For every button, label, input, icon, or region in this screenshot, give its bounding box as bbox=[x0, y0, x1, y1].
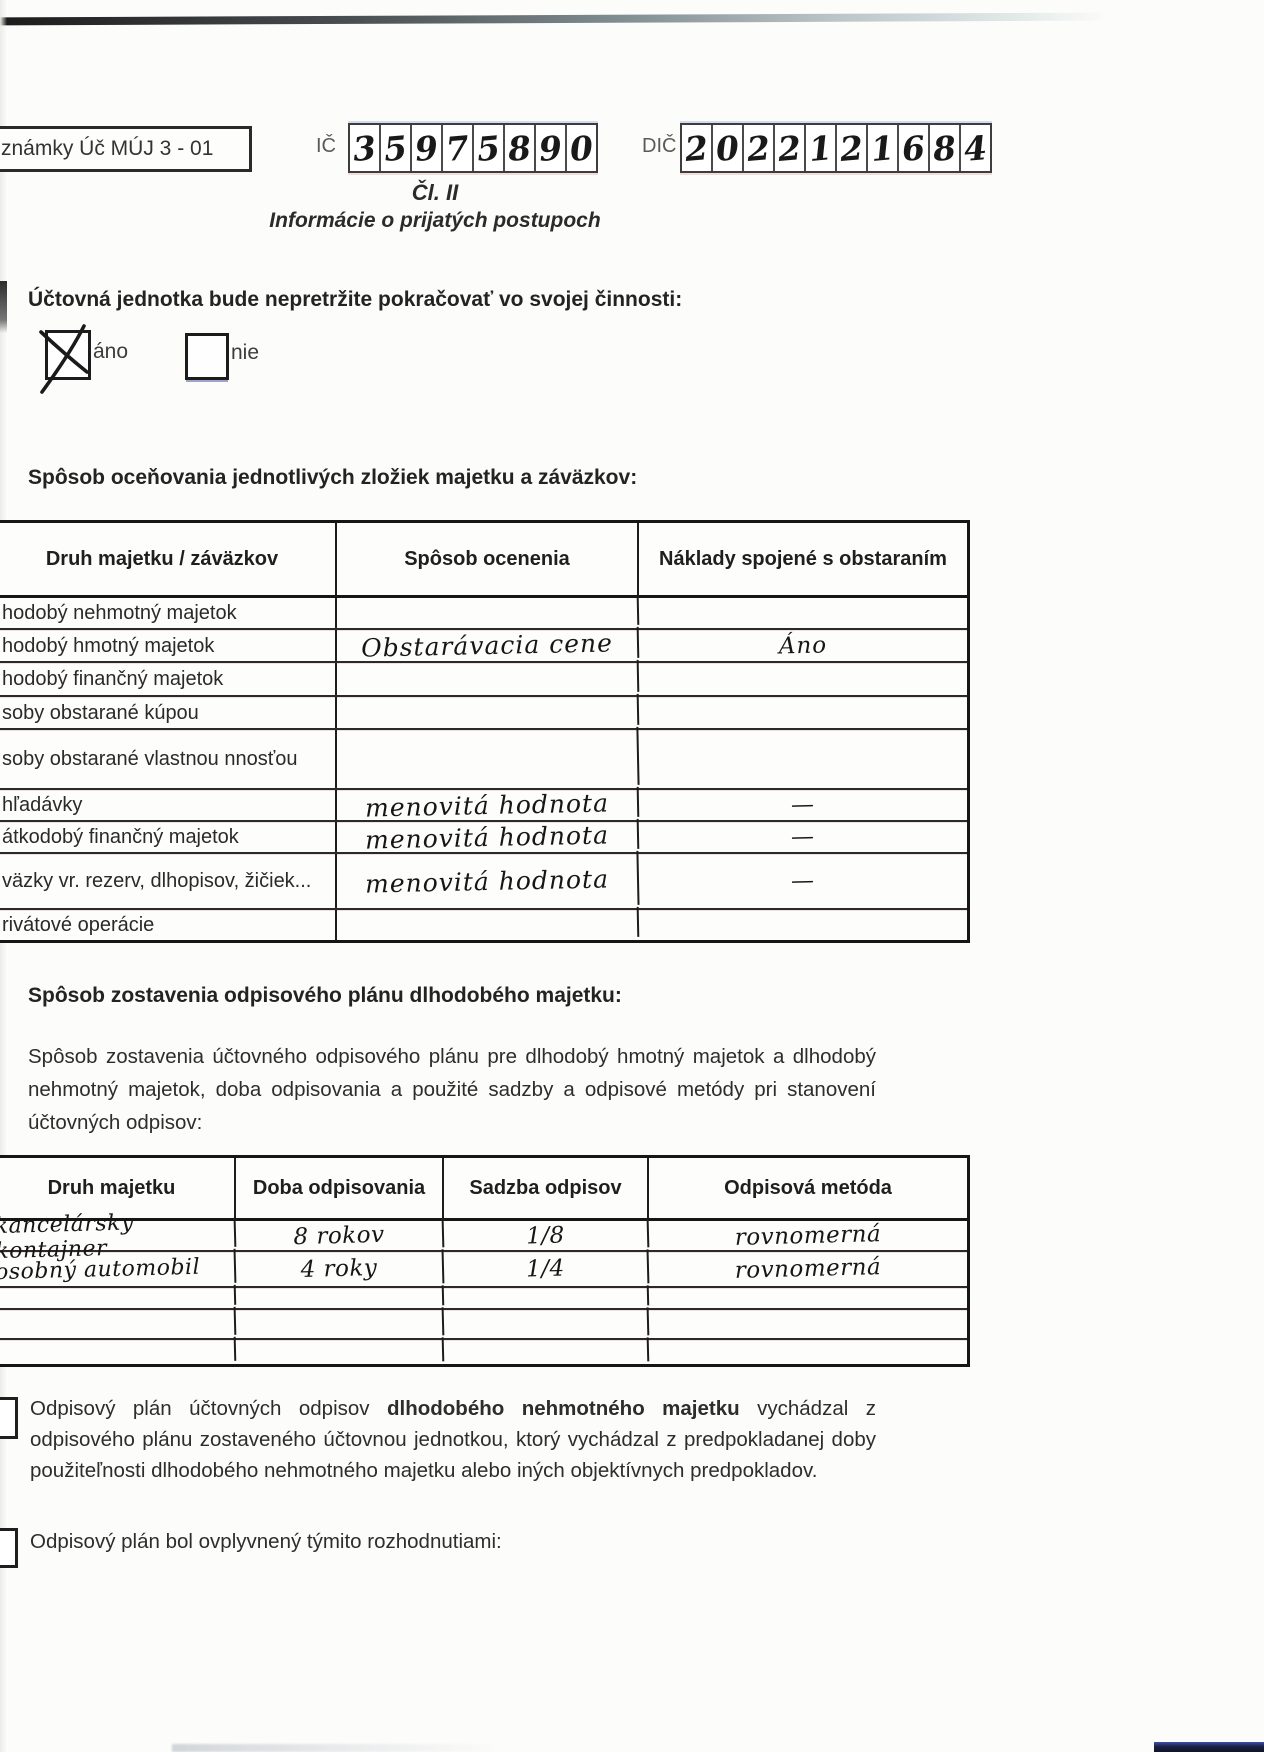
row-label-cell: hodobý finančný majetok bbox=[0, 663, 337, 695]
ic-digit-grid: 3 5 9 7 5 8 9 0 bbox=[348, 123, 598, 173]
dic-digit: 4 bbox=[962, 128, 989, 169]
row-label-cell: hodobý hmotný majetok bbox=[0, 630, 337, 661]
col-header-rate: Sadzba odpisov bbox=[444, 1158, 649, 1218]
table-row: hodobý nehmotný majetok bbox=[0, 598, 967, 630]
row-costs-cell bbox=[639, 907, 968, 944]
row-period-cell bbox=[236, 1307, 445, 1340]
going-concern-question: Účtovná jednotka bude nepretržite pokrač… bbox=[28, 288, 682, 312]
table-row bbox=[0, 1340, 967, 1364]
depreciation-heading: Spôsob zostavenia odpisového plánu dlhod… bbox=[28, 984, 622, 1008]
row-method-cell bbox=[337, 660, 640, 698]
scan-artifact-top-line bbox=[0, 13, 1108, 26]
table-row bbox=[0, 1310, 967, 1340]
col-header-asset-type: Druh majetku / záväzkov bbox=[0, 523, 337, 595]
ic-digit: 7 bbox=[444, 128, 471, 169]
statement-2: Odpisový plán bol ovplyvnený týmito rozh… bbox=[0, 1526, 900, 1557]
table-row: hodobý finančný majetok bbox=[0, 663, 967, 697]
dic-digit: 8 bbox=[931, 128, 958, 169]
ic-digit-cell: 8 bbox=[505, 125, 536, 171]
ic-digit: 9 bbox=[537, 128, 564, 169]
table-row: kancelársky kontajner 8 rokov 1/8 rovnom… bbox=[0, 1221, 967, 1252]
statement-1-text-before: Odpisový plán účtovných odpisov bbox=[30, 1397, 387, 1420]
row-costs-cell: — bbox=[639, 787, 968, 824]
statement-1-checkbox[interactable] bbox=[0, 1397, 18, 1439]
dic-digit: 1 bbox=[869, 128, 896, 169]
row-dep-method-cell: rovnomerná bbox=[649, 1248, 968, 1290]
table-row: soby obstarané vlastnou nnosťou bbox=[0, 730, 967, 790]
row-label-cell: soby obstarané vlastnou nnosťou bbox=[0, 730, 337, 788]
dic-digit-cell: 1 bbox=[868, 125, 899, 171]
row-costs-cell bbox=[639, 595, 968, 632]
row-method-cell bbox=[337, 907, 640, 943]
row-method-cell bbox=[336, 727, 639, 791]
dic-digit: 2 bbox=[683, 128, 710, 169]
dic-digit: 2 bbox=[776, 128, 803, 169]
statement-2-checkbox[interactable] bbox=[0, 1528, 18, 1568]
yes-label: áno bbox=[93, 340, 128, 364]
table-row: soby obstarané kúpou bbox=[0, 697, 967, 730]
col-header-costs: Náklady spojené s obstaraním bbox=[639, 523, 967, 595]
row-asset-cell: osobný automobil bbox=[0, 1249, 236, 1289]
depreciation-table: Druh majetku Doba odpisovania Sadzba odp… bbox=[0, 1155, 970, 1367]
row-method-cell: menovitá hodnota bbox=[337, 819, 640, 855]
ic-digit-cell: 5 bbox=[474, 125, 505, 171]
ic-digit: 9 bbox=[413, 128, 440, 169]
row-costs-cell bbox=[639, 660, 968, 699]
row-rate-cell bbox=[444, 1307, 650, 1340]
row-method-cell bbox=[337, 694, 640, 731]
row-method-cell: menovitá hodnota bbox=[336, 851, 639, 911]
row-costs-cell: Áno bbox=[639, 627, 968, 665]
dic-digit-cell: 2 bbox=[682, 125, 713, 171]
valuation-table-header: Druh majetku / záväzkov Spôsob ocenenia … bbox=[0, 523, 967, 598]
valuation-heading: Spôsob oceňovania jednotlivých zložiek m… bbox=[28, 466, 637, 490]
form-code-text: známky Úč MÚJ 3 - 01 bbox=[1, 137, 213, 160]
col-header-period: Doba odpisovania bbox=[236, 1158, 444, 1218]
row-label-cell: soby obstarané kúpou bbox=[0, 697, 337, 728]
depreciation-paragraph: Spôsob zostavenia účtovného odpisového p… bbox=[28, 1040, 876, 1139]
ic-digit: 5 bbox=[382, 128, 409, 169]
statement-1: Odpisový plán účtovných odpisov dlhodobé… bbox=[0, 1393, 900, 1486]
dic-digit-cell: 1 bbox=[806, 125, 837, 171]
row-method-cell bbox=[337, 595, 640, 631]
row-period-cell: 4 roky bbox=[236, 1249, 445, 1288]
table-row: átkodobý finančný majetok menovitá hodno… bbox=[0, 822, 967, 854]
ic-digit: 5 bbox=[475, 128, 502, 169]
row-costs-cell bbox=[638, 727, 967, 792]
row-label-cell: hľadávky bbox=[0, 790, 337, 820]
ic-digit-cell: 3 bbox=[350, 125, 381, 171]
col-header-method: Spôsob ocenenia bbox=[337, 523, 639, 595]
dic-digit-cell: 2 bbox=[744, 125, 775, 171]
dic-digit-cell: 0 bbox=[713, 125, 744, 171]
article-subtitle: Informácie o prijatých postupoch bbox=[0, 209, 870, 233]
ic-label: IČ bbox=[316, 135, 336, 158]
ic-digit-cell: 9 bbox=[412, 125, 443, 171]
dic-digit-cell: 8 bbox=[930, 125, 961, 171]
col-header-dep-method: Odpisová metóda bbox=[649, 1158, 967, 1218]
yes-check-x-icon bbox=[30, 318, 96, 396]
dic-digit: 0 bbox=[714, 128, 741, 169]
row-asset-cell bbox=[0, 1307, 236, 1341]
table-row: hodobý hmotný majetok Obstarávacia cene … bbox=[0, 630, 967, 663]
table-row bbox=[0, 1288, 967, 1310]
valuation-table: Druh majetku / záväzkov Spôsob ocenenia … bbox=[0, 520, 970, 943]
table-row: osobný automobil 4 roky 1/4 rovnomerná bbox=[0, 1252, 967, 1288]
row-rate-cell bbox=[444, 1337, 650, 1366]
row-label-cell: átkodobý finančný majetok bbox=[0, 822, 337, 852]
scan-artifact-bottom-smudge bbox=[172, 1744, 502, 1752]
row-label-cell: väzky vr. rezerv, dlhopisov, žičiek... bbox=[0, 854, 337, 908]
row-costs-cell: — bbox=[638, 851, 967, 912]
ic-digit-cell: 5 bbox=[381, 125, 412, 171]
scanned-form-page: známky Úč MÚJ 3 - 01 IČ 3 5 9 7 5 8 9 0 … bbox=[0, 0, 1264, 1752]
no-checkbox[interactable] bbox=[185, 333, 229, 380]
ic-digit: 8 bbox=[506, 128, 533, 169]
row-period-cell: 8 rokov bbox=[236, 1218, 445, 1252]
ic-digit-cell: 9 bbox=[536, 125, 567, 171]
row-costs-cell bbox=[639, 694, 968, 732]
row-label-cell: hodobý nehmotný majetok bbox=[0, 598, 337, 628]
ic-digit: 3 bbox=[351, 128, 378, 169]
statement-1-text: Odpisový plán účtovných odpisov dlhodobé… bbox=[30, 1393, 876, 1486]
dic-label: DIČ bbox=[642, 135, 676, 158]
row-asset-cell: kancelársky kontajner bbox=[0, 1218, 236, 1253]
form-code-box: známky Úč MÚJ 3 - 01 bbox=[0, 126, 252, 172]
row-method-cell: menovitá hodnota bbox=[337, 787, 640, 823]
row-label-cell: rivátové operácie bbox=[0, 910, 337, 940]
statement-1-text-bold: dlhodobého nehmotného majetku bbox=[387, 1397, 740, 1420]
article-title: Čl. II bbox=[0, 180, 870, 206]
ic-digit-cell: 7 bbox=[443, 125, 474, 171]
row-rate-cell bbox=[444, 1285, 649, 1310]
ic-digit-cell: 0 bbox=[567, 125, 596, 171]
ic-digit: 0 bbox=[568, 128, 595, 169]
row-rate-cell: 1/4 bbox=[444, 1249, 650, 1288]
row-costs-cell: — bbox=[639, 819, 968, 856]
table-row: väzky vr. rezerv, dlhopisov, žičiek... m… bbox=[0, 854, 967, 910]
row-period-cell bbox=[236, 1285, 444, 1310]
row-rate-cell: 1/8 bbox=[444, 1218, 650, 1252]
statement-2-text: Odpisový plán bol ovplyvnený týmito rozh… bbox=[30, 1526, 876, 1557]
dic-digit-cell: 6 bbox=[899, 125, 930, 171]
dic-digit: 1 bbox=[807, 128, 834, 169]
table-row: hľadávky menovitá hodnota — bbox=[0, 790, 967, 822]
dic-digit-cell: 2 bbox=[837, 125, 868, 171]
row-asset-cell bbox=[0, 1337, 236, 1367]
dic-digit-grid: 2 0 2 2 1 2 1 6 8 4 bbox=[680, 123, 992, 173]
dic-digit-cell: 2 bbox=[775, 125, 806, 171]
dic-digit: 2 bbox=[838, 128, 865, 169]
row-method-cell: Obstarávacia cene bbox=[337, 627, 640, 664]
no-label: nie bbox=[231, 341, 259, 365]
scan-artifact-corner-bar bbox=[1154, 1742, 1264, 1752]
dic-digit-cell: 4 bbox=[961, 125, 990, 171]
table-row: rivátové operácie bbox=[0, 910, 967, 940]
scan-artifact-left-tick bbox=[0, 281, 7, 333]
row-period-cell bbox=[236, 1337, 445, 1366]
dic-digit: 2 bbox=[745, 128, 772, 169]
dic-digit: 6 bbox=[900, 128, 927, 169]
